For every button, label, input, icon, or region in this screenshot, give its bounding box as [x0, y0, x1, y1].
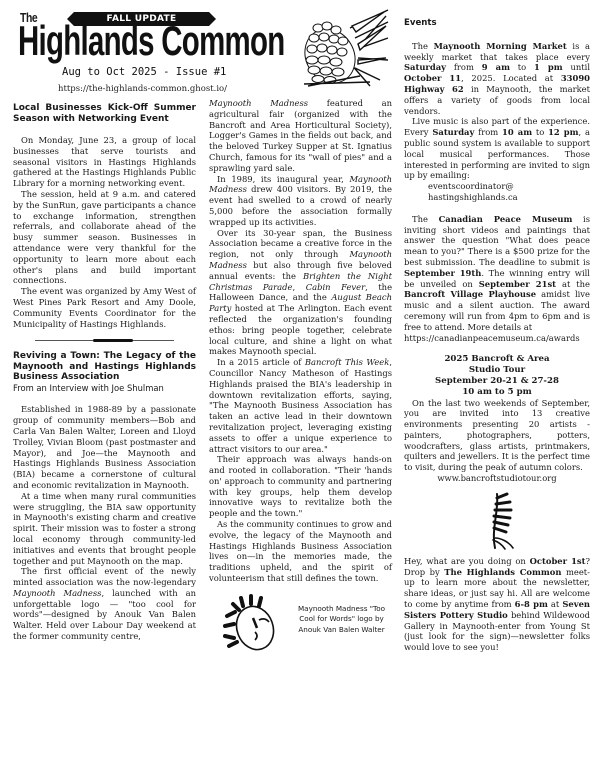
article1-headline: Local Businesses Kick-Off Summer Season … [13, 103, 196, 124]
article2-paragraph: Established in 1988-89 by a passionate g… [13, 404, 196, 490]
events-heading: Events [404, 18, 590, 29]
logo-figure: Maynooth Madness "Too Cool for Words" lo… [209, 588, 392, 668]
column-2: Maynooth Madness featured an agricultura… [209, 98, 392, 668]
article2-paragraph: The first official event of the newly mi… [13, 566, 196, 642]
pinecone-icon [300, 8, 390, 88]
article2-paragraph: In 1989, its inaugural year, Maynooth Ma… [209, 174, 392, 228]
article2-headline: Reviving a Town: The Legacy of the Mayno… [13, 351, 196, 383]
market-paragraph: The Maynooth Morning Market is a weekly … [404, 41, 590, 117]
newsletter-url[interactable]: https://the-highlands-common.ghost.io/ [58, 84, 227, 94]
article2-paragraph: In a 2015 article of Bancroft This Week,… [209, 357, 392, 454]
article2-paragraph: Over its 30-year span, the Business Asso… [209, 228, 392, 358]
live-music-paragraph: Live music is also part of the experienc… [404, 116, 590, 181]
column-1: Local Businesses Kick-Off Summer Season … [13, 103, 196, 642]
events-email-link[interactable]: eventscoordinator@hastingshighlands.ca [404, 181, 590, 203]
studio-tour-title: 2025 Bancroft & AreaStudio Tour [404, 354, 590, 376]
newsletter-title: Highlands Common [18, 20, 284, 62]
article1-paragraph: The session, held at 9 a.m. and catered … [13, 189, 196, 286]
maynooth-madness-logo-icon [219, 590, 279, 654]
article2-paragraph: Their approach was always hands-on and r… [209, 454, 392, 519]
pine-tree-icon [477, 490, 517, 550]
article1-paragraph: The event was organized by Amy West of W… [13, 286, 196, 329]
section-divider [13, 329, 196, 351]
article1-paragraph: On Monday, June 23, a group of local bus… [13, 135, 196, 189]
meetup-paragraph: Hey, what are you doing on October 1st? … [404, 556, 590, 653]
masthead: The FALL UPDATE Highlands Common Aug to … [14, 4, 284, 96]
article2-paragraph: As the community continues to grow and e… [209, 519, 392, 584]
studio-tour-dates: September 20-21 & 27-28 [404, 376, 590, 387]
studio-tour-paragraph: On the last two weekends of September, y… [404, 398, 590, 474]
peace-museum-paragraph: The Canadian Peace Museum is inviting sh… [404, 214, 590, 333]
article2-byline: From an Interview with Joe Shulman [13, 383, 196, 394]
article2-paragraph: At a time when many rural communities we… [13, 491, 196, 567]
issue-line: Aug to Oct 2025 - Issue #1 [62, 66, 226, 78]
article2-paragraph-continued: Maynooth Madness featured an agricultura… [209, 98, 392, 174]
events-column: Events The Maynooth Morning Market is a … [404, 18, 590, 653]
peace-museum-link[interactable]: https://canadianpeacemuseum.ca/awards [404, 333, 590, 344]
logo-caption: Maynooth Madness "Too Cool for Words" lo… [289, 604, 394, 636]
studio-tour-hours: 10 am to 5 pm [404, 387, 590, 398]
studio-tour-link[interactable]: www.bancroftstudiotour.org [404, 473, 590, 484]
